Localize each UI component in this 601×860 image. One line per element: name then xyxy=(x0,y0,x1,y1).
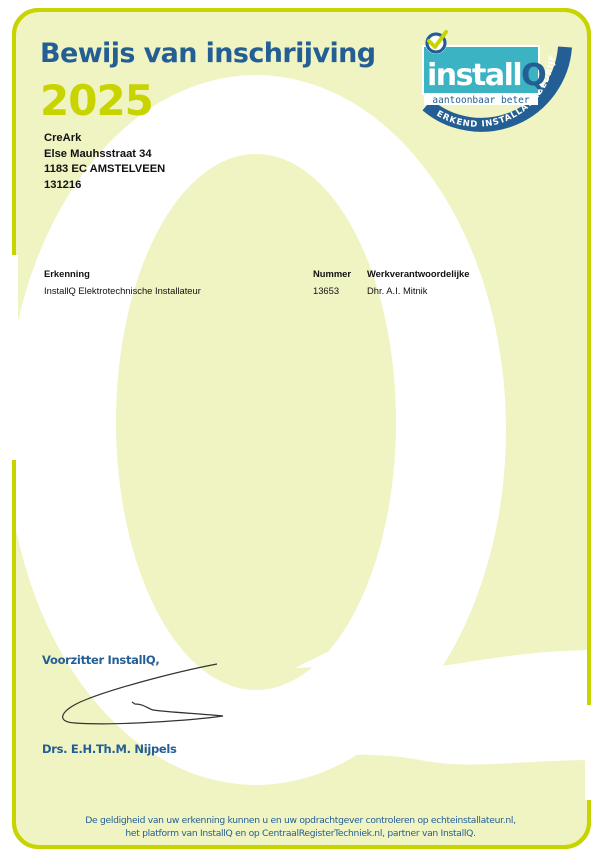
responsible-column: Werkverantwoordelijke Dhr. A.I. Mitnik xyxy=(367,265,469,299)
brand-q: Q xyxy=(521,58,545,93)
company-street: Else Mauhsstraat 34 xyxy=(44,147,165,163)
number-column: Nummer 13653 xyxy=(313,265,351,299)
checkmark-circle-icon xyxy=(425,32,447,54)
company-registration-number: 131216 xyxy=(44,178,165,194)
installq-logo: ERKEND INSTALLATIEBEDRIJF installQ aanto… xyxy=(415,25,595,155)
table-cell-werkverantwoordelijke: Dhr. A.I. Mitnik xyxy=(367,282,469,299)
company-address-block: CreArk Else Mauhsstraat 34 1183 EC AMSTE… xyxy=(44,131,165,193)
table-cell-erkenning: InstallQ Elektrotechnische Installateur xyxy=(44,282,201,299)
validity-footer: De geldigheid van uw erkenning kunnen u … xyxy=(30,814,571,840)
column-header-erkenning: Erkenning xyxy=(44,265,201,282)
company-postal-city: 1183 EC AMSTELVEEN xyxy=(44,162,165,178)
brand-main: install xyxy=(427,58,521,93)
footer-line-1: De geldigheid van uw erkenning kunnen u … xyxy=(30,814,571,827)
column-header-nummer: Nummer xyxy=(313,265,351,282)
column-header-werkverantwoordelijke: Werkverantwoordelijke xyxy=(367,265,469,282)
company-name: CreArk xyxy=(44,131,165,147)
table-cell-nummer: 13653 xyxy=(313,282,351,299)
signer-name: Drs. E.H.Th.M. Nijpels xyxy=(42,742,177,756)
footer-line-2: het platform van InstallQ en op Centraal… xyxy=(30,827,571,840)
logo-tagline: aantoonbaar beter xyxy=(432,95,530,106)
signature-image xyxy=(55,660,235,730)
svg-text:installQ: installQ xyxy=(427,58,545,93)
certificate-year: 2025 xyxy=(40,76,153,125)
recognition-column: Erkenning InstallQ Elektrotechnische Ins… xyxy=(44,265,201,299)
page-title: Bewijs van inschrijving xyxy=(40,38,375,69)
